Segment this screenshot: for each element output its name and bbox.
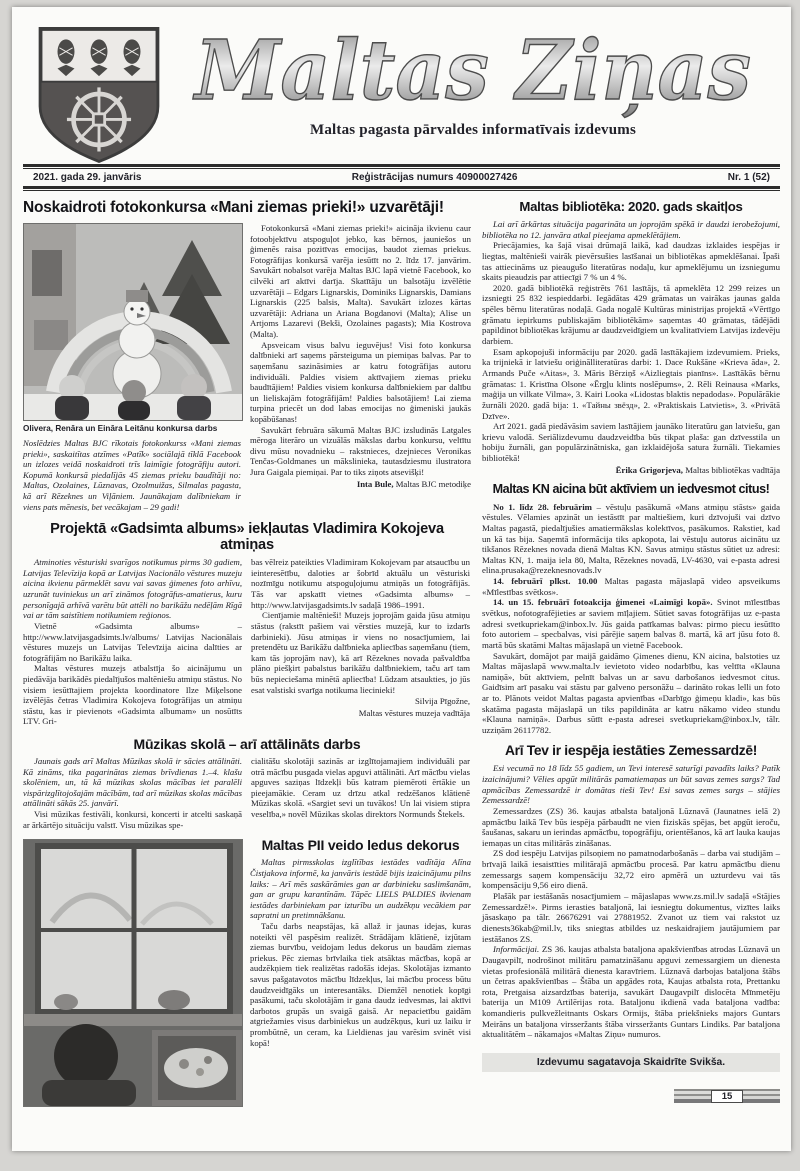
photo-caption: Olivera, Renāra un Eināra Leitānu konkur… bbox=[23, 424, 241, 433]
child-at-window-photo bbox=[23, 839, 243, 1107]
issue-number: Nr. 1 (52) bbox=[728, 172, 770, 183]
masthead-title: Maltas Ziņas bbox=[183, 9, 763, 131]
page-number: 15 bbox=[711, 1090, 744, 1103]
winter-snowman-photo bbox=[23, 223, 243, 421]
article-signature-role: Maltas vēstures muzeja vadītāja bbox=[251, 708, 470, 719]
paragraph: Cienījamie maltēnieši! Muzejs joprojām g… bbox=[251, 610, 470, 695]
paragraph: Maltas pirmsskolas izglītības iestādes v… bbox=[250, 857, 471, 921]
scanned-newspaper-sheet: Maltas Ziņas Maltas pagasta pārvaldes in… bbox=[0, 0, 800, 1171]
spinning-wheel-icon bbox=[67, 87, 131, 151]
article-signature: Inta Bule, Maltas BJC metodiķe bbox=[250, 479, 471, 490]
paragraph: Plašāk par iestāšanās nosacījumiem – māj… bbox=[482, 891, 780, 944]
paragraph: Zemessardzes (ZS) 36. kaujas atbalsta ba… bbox=[482, 806, 780, 849]
paragraph: Apsveicam visus balvu ieguvējus! Visi fo… bbox=[250, 340, 471, 425]
paragraph: Jaunais gads arī Maltas Mūzikas skolā ir… bbox=[23, 756, 242, 809]
article-gadsimta-albums: Projektā «Gadsimta albums» iekļautas Vla… bbox=[23, 521, 471, 727]
article-title: Mūzikas skolā – arī attālināts darbs bbox=[23, 736, 471, 752]
paragraph: bas vēlreiz pateikties Vladimiram Kokoje… bbox=[251, 557, 470, 610]
photo-note: Noslēdzies Maltas BJC rīkotais fotokonku… bbox=[23, 438, 241, 512]
paragraph: 2020. gadā bibliotēkā reģistrēts 761 las… bbox=[482, 283, 780, 347]
paragraph: Visi mūzikas festivāli, konkursi, koncer… bbox=[23, 809, 242, 830]
article-title: Maltas KN aicina būt aktīviem un iedvesm… bbox=[482, 482, 780, 497]
article-maltas-pii: Maltas PII veido ledus dekorus Maltas pi… bbox=[250, 835, 471, 1107]
article-signature: Ērika Grigorjeva, Maltas bibliotēkas vad… bbox=[482, 465, 780, 476]
pinecone-icons bbox=[58, 39, 141, 76]
article-title: Maltas PII veido ledus dekorus bbox=[250, 837, 471, 853]
editor-credit: Izdevumu sagatavoja Skaidrīte Svikša. bbox=[482, 1053, 780, 1072]
paragraph: Priecājamies, ka šajā visai drūmajā laik… bbox=[482, 240, 780, 283]
registration-number: Reģistrācijas numurs 40900027426 bbox=[352, 172, 518, 183]
issue-date: 2021. gada 29. janvāris bbox=[33, 172, 141, 183]
article-figure: Olivera, Renāra un Eināra Leitānu konkur… bbox=[23, 223, 241, 512]
page-number-bar: 15 bbox=[674, 1089, 780, 1103]
article-column: cialitāšu skolotāji sazinās ar izglītoja… bbox=[251, 756, 470, 830]
article-zemessardze: Arī Tev ir iespēja iestāties Zemessardzē… bbox=[482, 743, 780, 1040]
rule bbox=[23, 190, 780, 191]
paragraph: Arī 2021. gadā piedāvāsim saviem lasītāj… bbox=[482, 421, 780, 464]
content-columns: Noskaidroti fotokonkursa «Mani ziemas pr… bbox=[23, 196, 780, 1107]
paragraph: Vietnē «Gadsimta albums» – http://www.la… bbox=[23, 621, 242, 663]
paragraph: Savukārt, domājot par maijā gaidāmo Ģime… bbox=[482, 651, 780, 736]
paragraph: Atminoties vēsturiski svarīgos notikumus… bbox=[23, 557, 242, 621]
article-column: bas vēlreiz pateikties Vladimiram Kokoje… bbox=[251, 557, 470, 727]
article-muzikas-skola: Mūzikas skolā – arī attālināts darbs Jau… bbox=[23, 736, 471, 830]
paragraph: 14. februārī plkst. 10.00 Maltas pagasta… bbox=[482, 576, 780, 597]
left-column: Noskaidroti fotokonkursa «Mani ziemas pr… bbox=[23, 196, 471, 1107]
paragraph: Maltas vēstures muzejs atbalstīja šo aic… bbox=[23, 663, 242, 727]
paragraph: Informācijai. ZS 36. kaujas atbalsta bat… bbox=[482, 944, 780, 1040]
article-title: Projektā «Gadsimta albums» iekļautas Vla… bbox=[23, 521, 471, 553]
paragraph: 14. un 15. februārī fotoakcija ģimenei «… bbox=[482, 597, 780, 650]
paragraph: Savukārt februāra sākumā Maltas BJC izsl… bbox=[250, 425, 471, 478]
rule bbox=[23, 186, 780, 189]
article-kulturas-nams: Maltas KN aicina būt aktīviem un iedvesm… bbox=[482, 482, 780, 735]
paragraph: No 1. līdz 28. februārim – vēstuļu pasāk… bbox=[482, 502, 780, 576]
paragraph: ZS dod iespēju Latvijas pilsoņiem no pam… bbox=[482, 848, 780, 891]
paragraph: Lai arī ārkārtas situācija pagarināta un… bbox=[482, 219, 780, 240]
article-title: Maltas bibliotēka: 2020. gads skaitļos bbox=[482, 199, 780, 215]
article-signature: Silvija Pīgožne, bbox=[251, 696, 470, 707]
article-title: Noskaidroti fotokonkursa «Mani ziemas pr… bbox=[23, 199, 471, 217]
coat-of-arms-icon bbox=[33, 23, 165, 165]
pii-figure bbox=[23, 835, 241, 1107]
dateline: 2021. gada 29. janvāris Reģistrācijas nu… bbox=[23, 169, 780, 186]
article-fotokonkurss: Noskaidroti fotokonkursa «Mani ziemas pr… bbox=[23, 199, 471, 512]
masthead: Maltas Ziņas Maltas pagasta pārvaldes in… bbox=[23, 7, 780, 164]
page-number-row: 15 bbox=[482, 1089, 780, 1103]
article-column: Atminoties vēsturiski svarīgos notikumus… bbox=[23, 557, 242, 727]
right-column: Maltas bibliotēka: 2020. gads skaitļos L… bbox=[482, 196, 780, 1107]
paragraph: Taču darbs neapstājas, kā allaž ir jauna… bbox=[250, 921, 471, 1048]
paragraph: Fotokonkursā «Mani ziemas prieki!» aicin… bbox=[250, 223, 471, 340]
newspaper-page: Maltas Ziņas Maltas pagasta pārvaldes in… bbox=[12, 7, 791, 1151]
article-body: Fotokonkursā «Mani ziemas prieki!» aicin… bbox=[250, 223, 471, 512]
paragraph: Esam apkopojuši informāciju par 2020. ga… bbox=[482, 347, 780, 421]
article-biblioteka: Maltas bibliotēka: 2020. gads skaitļos L… bbox=[482, 199, 780, 475]
newspaper-title: Maltas Ziņas bbox=[192, 23, 751, 119]
paragraph: Esi vecumā no 18 līdz 55 gadiem, un Tevi… bbox=[482, 763, 780, 806]
paragraph: cialitāšu skolotāji sazinās ar izglītoja… bbox=[251, 756, 470, 820]
article-title: Arī Tev ir iespēja iestāties Zemessardzē… bbox=[482, 743, 780, 760]
article-column: Jaunais gads arī Maltas Mūzikas skolā ir… bbox=[23, 756, 242, 830]
